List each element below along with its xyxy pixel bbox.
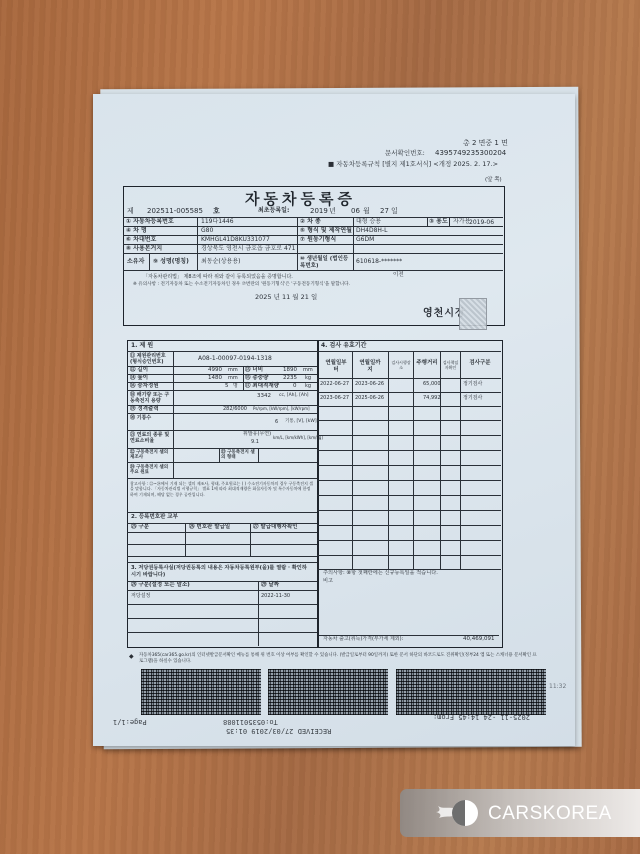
model-label: ④ 차 명 <box>126 228 147 234</box>
plate-col-agent: ㉗ 발급대행자확인 <box>253 525 298 531</box>
insp-row1-type: 정기검사 <box>463 382 482 387</box>
cert-number: 202511-005585 <box>147 208 203 215</box>
gross-weight-label: ⑮ 총중량 <box>245 376 268 382</box>
car-type: 대형 승용 <box>356 219 381 225</box>
fax-to-line: To:0535011088 <box>223 718 278 726</box>
insp-row2-type: 정기검사 <box>463 396 482 401</box>
engine: G6DM <box>356 237 374 243</box>
price-label: 자동차 출고(취득)가격(부가세 제외): <box>323 637 403 642</box>
page-info: 총 2 면중 1 면 <box>463 140 508 147</box>
cert-number-suffix: 호 <box>213 208 220 215</box>
birth: 610618-******* <box>356 259 402 265</box>
power: 282/6000 <box>223 407 247 412</box>
brand-name: CARSKOREA <box>488 803 612 825</box>
doc-confirm-number: 4395749235300204 <box>435 150 506 157</box>
doc-confirm-label: 문서확인번호: <box>385 150 425 157</box>
inspection-title: 4. 검사 유효기간 <box>321 343 366 349</box>
insp-header-from: 연월일부터 <box>323 360 349 374</box>
price: 40,469,091 <box>463 637 495 643</box>
usage-label: ③ 용도 <box>429 219 448 225</box>
length: 4990 <box>208 368 222 374</box>
displacement: 3342 <box>257 394 271 400</box>
width: 1890 <box>283 368 297 374</box>
registration-document: 총 2 면중 1 면 문서확인번호: 4395749235300204 ■ 자동… <box>93 94 575 746</box>
remarks-label: 비고 <box>323 579 333 584</box>
form-reference: ■ 자동차등록규칙 [별지 제1호서식] <개정 2025. 2. 17.> <box>328 161 498 168</box>
brand-watermark: CARSKOREA <box>400 789 640 837</box>
length-unit: mm <box>228 368 238 373</box>
seats-unit: 명 <box>233 384 238 389</box>
first-reg-label: 최초등록일: <box>258 208 289 214</box>
first-reg-year: 2019 <box>310 208 328 215</box>
width-label: ⑬ 너비 <box>245 368 263 374</box>
model: G80 <box>201 228 213 234</box>
reg-no: 119다1446 <box>201 219 234 225</box>
motor-maker-label: ㉒ 구동축전지 셀의 제조사 <box>130 450 172 461</box>
cert-statement: 「자동차관리법」 제8조에 따라 위와 같이 등록되었음을 증명합니다. <box>143 275 293 280</box>
cylinders-unit: 기통, [V], [kW] <box>285 420 317 425</box>
inspection-caution: 주의사항: ⑩항 첫째란에는 신규등록일을 적습니다. <box>323 571 438 576</box>
insp-header-type: 검사구분 <box>465 360 495 367</box>
vin: KMHGL41D8KU331077 <box>201 237 270 243</box>
insp-row1-mileage: 65,000 <box>423 382 441 387</box>
approval-no: A08-1-00097-0194-1318 <box>198 356 272 362</box>
fuel-type: 휘발유(무연) <box>243 432 271 437</box>
insp-row2-from: 2023-06-27 <box>320 396 349 401</box>
max-load-label: ⑰ 최대적재량 <box>245 384 279 390</box>
year-unit: 년 <box>329 208 336 215</box>
cylinders: 6 <box>275 420 278 425</box>
car-type-label: ② 차 종 <box>300 219 321 225</box>
first-reg-day: 27 <box>380 208 389 215</box>
fax-received: RECEIVED 27/03/2019 01:35 <box>226 727 331 735</box>
insp-row2-to: 2025-06-26 <box>355 396 384 401</box>
seats: 5 <box>225 384 229 390</box>
plate-col-type: ㉕ 구분 <box>131 525 149 531</box>
lien-row-type: 저당설정 <box>131 594 150 599</box>
model-year-label: ⑤ 형식 및 제작연월 <box>300 228 352 234</box>
fuel-rate: 9.1 <box>251 440 259 445</box>
model-year: 2019-06 <box>469 220 494 226</box>
side-label: (앞 쪽) <box>485 178 502 184</box>
approval-label: ⑪ 제원관리번호 (형식승인번호) <box>130 353 172 365</box>
height-label: ⑭ 높이 <box>130 376 148 382</box>
insp-row2-mileage: 74,992 <box>423 396 441 401</box>
fax-page: Page:1/1 <box>113 718 147 726</box>
insp-header-mileage: 주행거리 <box>415 360 439 367</box>
lien-col-date: ㉙ 날짜 <box>261 583 279 589</box>
motor-main-label: ㉔ 구동축전지 셀의 주요 원료 <box>130 465 172 476</box>
cert-caution: ※ 유의사항 : 전기자동차 또는 수소전기자동차인 경우 ⑦번란의 '원동기형… <box>133 283 350 288</box>
month-unit: 월 <box>363 208 370 215</box>
insp-header-confirm: 검사책임자확인 <box>442 360 459 370</box>
carskorea-logo-icon <box>452 800 478 826</box>
day-unit: 일 <box>391 208 398 215</box>
height-unit: mm <box>228 376 238 381</box>
insp-header-place: 검사시행장소 <box>390 360 412 370</box>
gross-weight: 2235 <box>283 376 297 382</box>
model-code: DH4D8H-L <box>356 228 387 234</box>
footer-time: 11:32 <box>549 684 566 690</box>
width-unit: mm <box>303 368 313 373</box>
lien-title: 3. 저당권등록사실(저당권등록의 내용은 자동차등록원부(을)를 열람 · 확… <box>131 565 311 579</box>
max-load: 0 <box>293 384 297 390</box>
fax-from-line: 2025-11 -24 14:45 From: <box>433 713 530 721</box>
transfer-note: 이전 <box>393 273 404 279</box>
barcode-3 <box>396 669 546 715</box>
usage: 자가용 <box>453 219 470 225</box>
seats-label: ⑯ 승차정원 <box>130 384 159 390</box>
cert-number-prefix: 제 <box>127 208 134 215</box>
max-load-unit: kg <box>305 384 311 389</box>
reg-no-label: ① 자동차등록번호 <box>126 219 174 225</box>
insp-header-to: 연월일까지 <box>357 360 383 374</box>
gross-weight-unit: kg <box>305 376 311 381</box>
base-address: 경상북도 영천시 금호읍 금호로 471 <box>201 246 295 252</box>
lien-row-date: 2022-11-30 <box>261 594 290 599</box>
barcode-1 <box>141 669 261 715</box>
first-reg-month: 06 <box>351 208 360 215</box>
power-unit: Ps/rpm, [kW/rpm], [kW/rpm] <box>253 407 310 411</box>
lien-col-type: ㉘ 구분(설정 또는 말소) <box>131 583 190 589</box>
length-label: ⑫ 길이 <box>130 368 148 374</box>
power-label: ⑲ 정격출력 <box>130 407 159 413</box>
official-seal <box>459 298 487 330</box>
fuel-label: ㉑ 연료의 종류 및 연료소비율 <box>130 432 172 444</box>
owner-label: 소유자 <box>127 259 144 265</box>
barcode-2 <box>268 669 388 715</box>
cylinders-label: ⑳ 기통수 <box>130 416 151 421</box>
birth-label: ⑩ 생년월일 (법인등록번호) <box>300 256 352 270</box>
vin-label: ⑥ 차대번호 <box>126 237 156 243</box>
plate-issue-title: 2. 등록번호판 교부 <box>131 515 178 521</box>
owner-name-label: ⑨ 성명(명칭) <box>153 259 189 265</box>
specs-notes: 참고사항 : ㉒~㉔에서 기재 되는 셀의 제조사, 형태, 주요원료는 ( )… <box>130 481 314 497</box>
engine-label: ⑦ 원동기형식 <box>300 237 336 243</box>
displacement-label: ⑱ 배기량 또는 구동축전지 용량 <box>130 392 172 404</box>
issue-date: 2025 년 11 월 21 일 <box>255 294 317 301</box>
specs-title: 1. 제 원 <box>131 343 153 349</box>
insp-row1-from: 2022-06-27 <box>320 382 349 387</box>
bullet-icon: ◆ <box>129 654 134 660</box>
plate-col-date: ㉖ 번호판 발급일 <box>189 525 230 531</box>
motor-form-label: ㉓ 구동축전지 셀의 형태 <box>221 450 257 461</box>
height: 1480 <box>208 376 222 382</box>
insp-row1-to: 2023-06-26 <box>355 382 384 387</box>
footer-notice: 자동차365(car365.go.kr)의 인터넷발급문서확인 메뉴를 통해 위… <box>139 653 539 666</box>
owner-name: 최동순(상용용) <box>201 259 240 265</box>
base-label: ⑧ 사용본거지 <box>126 246 162 252</box>
certificate-title: 자동차등록증 <box>245 188 356 209</box>
fuel-unit: km/L, [km/kWh], [km/kg] <box>273 436 323 440</box>
displacement-unit: cc, [Ah], [Ah] <box>279 394 309 399</box>
